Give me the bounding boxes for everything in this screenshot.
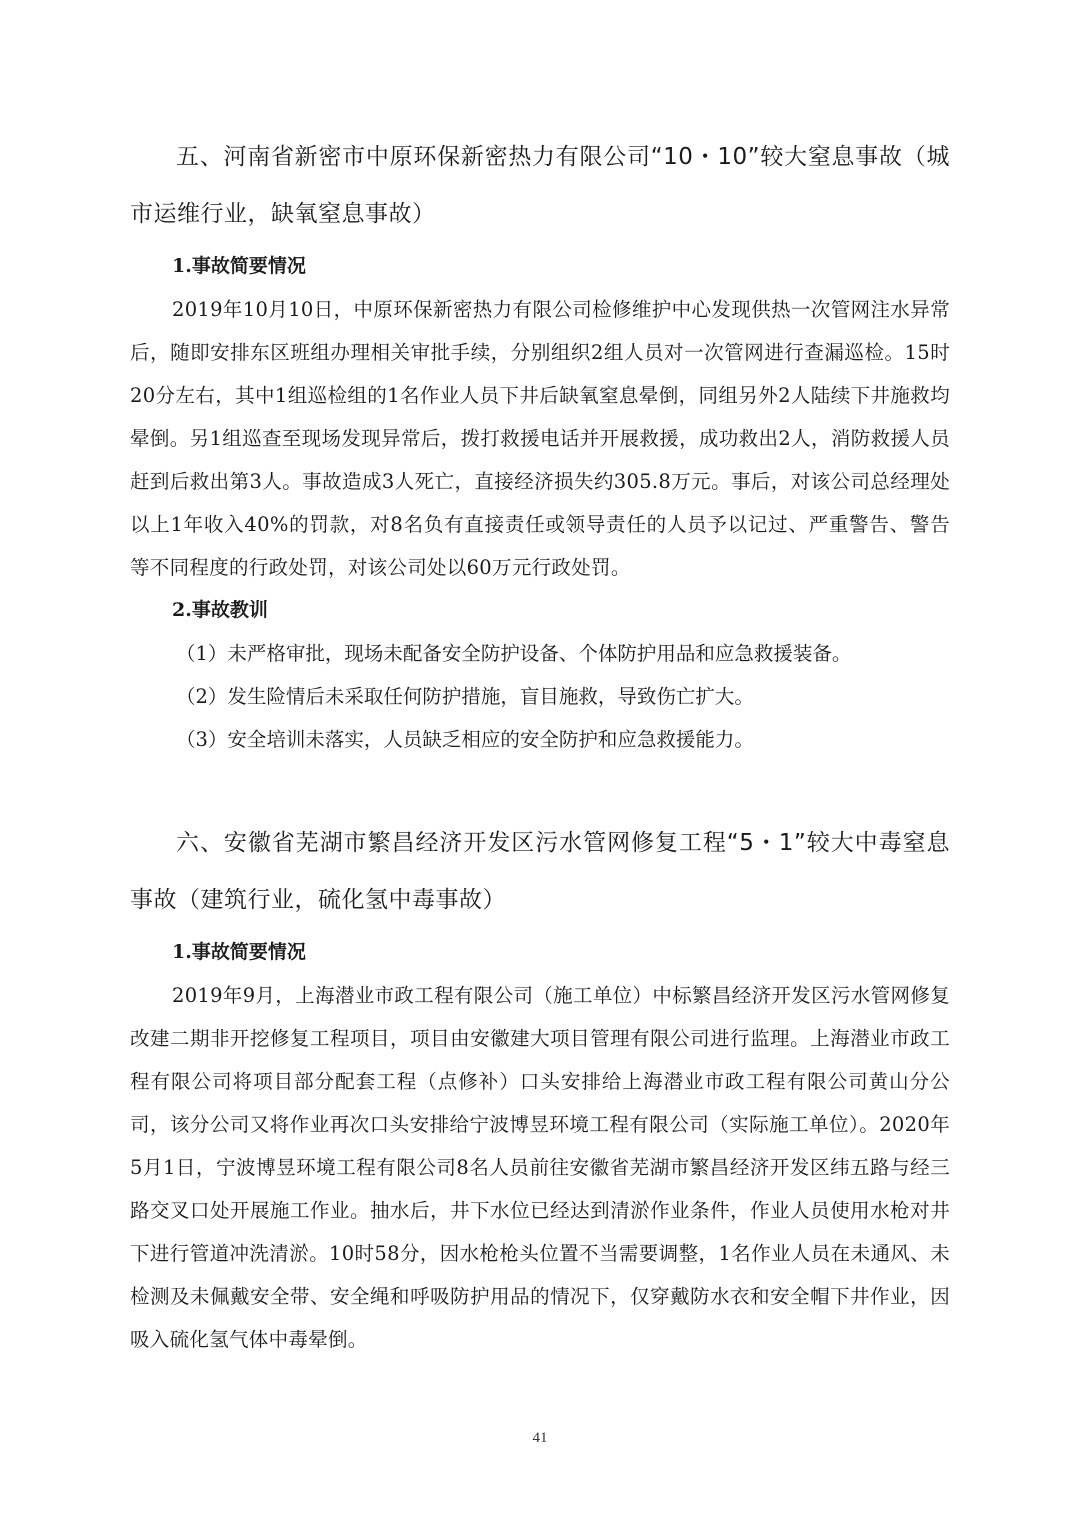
subheading-summary: 1.事故简要情况 — [130, 931, 950, 974]
subheading-lessons: 2.事故教训 — [130, 589, 950, 632]
lesson-item: （3）安全培训未落实，人员缺乏相应的安全防护和应急救援能力。 — [130, 718, 950, 761]
subheading-summary: 1.事故简要情况 — [130, 245, 950, 288]
summary-paragraph: 2019年10月10日，中原环保新密热力有限公司检修维护中心发现供热一次管网注水… — [130, 288, 950, 589]
section-5: 五、河南省新密市中原环保新密热力有限公司“10・10”较大窒息事故（城市运维行业… — [130, 129, 950, 761]
section-6: 六、安徽省芜湖市繁昌经济开发区污水管网修复工程“5・1”较大中毒窒息事故（建筑行… — [130, 815, 950, 1361]
summary-paragraph: 2019年9月，上海潜业市政工程有限公司（施工单位）中标繁昌经济开发区污水管网修… — [130, 974, 950, 1361]
lesson-item: （2）发生险情后未采取任何防护措施，盲目施救，导致伤亡扩大。 — [130, 675, 950, 718]
section-title: 五、河南省新密市中原环保新密热力有限公司“10・10”较大窒息事故（城市运维行业… — [130, 129, 950, 243]
lesson-item: （1）未严格审批，现场未配备安全防护设备、个体防护用品和应急救援装备。 — [130, 632, 950, 675]
page-number: 41 — [0, 1430, 1080, 1447]
section-title: 六、安徽省芜湖市繁昌经济开发区污水管网修复工程“5・1”较大中毒窒息事故（建筑行… — [130, 815, 950, 929]
